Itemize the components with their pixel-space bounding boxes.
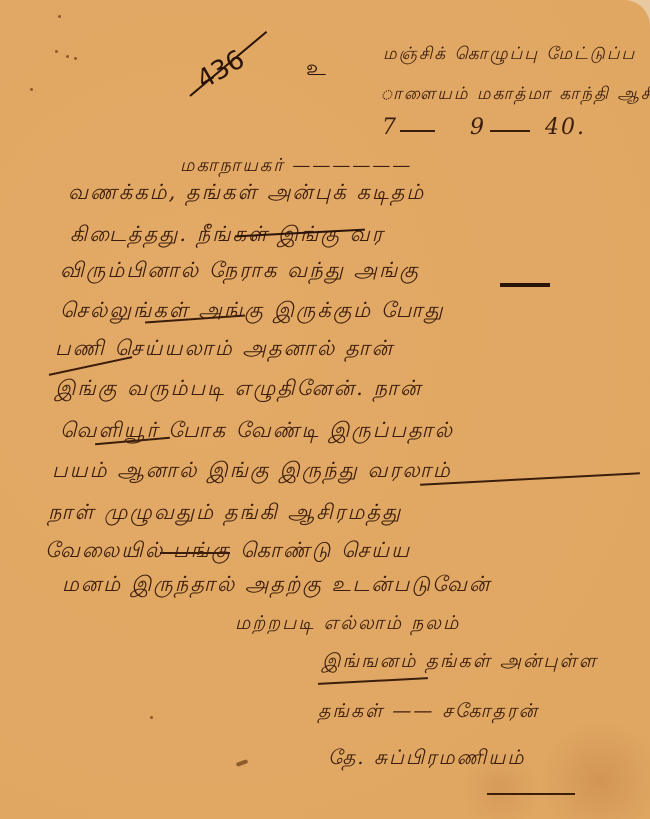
header-line-2: ாளையம் மகாத்மா காந்தி ஆசிரமம் xyxy=(380,84,650,106)
date-separator xyxy=(490,130,530,132)
body-line: கிடைத்தது. நீங்கள் இங்கு வர xyxy=(70,222,385,249)
date-day: 7 xyxy=(382,115,398,140)
header-line-1: மஞ்சிக் கொழுப்பு மேட்டுப்ப xyxy=(383,44,636,66)
body-line: இங்கு வரும்படி எழுதினேன். நான் xyxy=(55,376,422,403)
underline-mark xyxy=(420,472,640,486)
manuscript-page: 436 உ மஞ்சிக் கொழுப்பு மேட்டுப்ப ாளையம் … xyxy=(0,0,650,819)
ink-speck xyxy=(30,88,33,91)
invocation-mark: உ xyxy=(306,56,326,84)
closing-line: தங்கள் —— சகோதரன் xyxy=(318,700,539,725)
ink-speck xyxy=(55,50,58,53)
date-month: 9 xyxy=(470,115,486,140)
ink-speck xyxy=(58,15,61,18)
closing-line: இங்ஙனம் தங்கள் அன்புள்ள xyxy=(322,650,598,675)
ink-speck xyxy=(236,759,249,767)
date-separator xyxy=(400,130,435,132)
body-line: செல்லுங்கள் அங்கு இருக்கும் போது xyxy=(60,298,445,325)
ink-speck xyxy=(66,55,69,58)
date-year: 40. xyxy=(545,115,586,140)
body-line: நாள் முழுவதும் தங்கி ஆசிரமத்து xyxy=(48,500,402,527)
body-line: மனம் இருந்தால் அதற்கு உடன்படுவேன் xyxy=(62,572,491,599)
body-line: மற்றபடி எல்லாம் நலம் xyxy=(235,612,460,637)
body-line: பணி செய்யலாம் அதனால் தான் xyxy=(55,336,394,363)
salutation: மகாநாயகர் —————— xyxy=(180,155,412,178)
signature: தே. சுப்பிரமணியம் xyxy=(328,745,526,772)
body-line: பயம் ஆனால் இங்கு இருந்து வரலாம் xyxy=(52,458,452,485)
ink-speck xyxy=(74,57,77,60)
body-line: விரும்பினால் நேராக வந்து அங்கு xyxy=(60,258,420,285)
signature-underline xyxy=(487,793,575,795)
underline-mark xyxy=(318,677,428,685)
body-line: வணக்கம், தங்கள் அன்புக் கடிதம் xyxy=(68,180,425,207)
line-filler-dash xyxy=(160,552,230,554)
ink-speck xyxy=(150,716,153,719)
strikethrough xyxy=(500,283,550,287)
